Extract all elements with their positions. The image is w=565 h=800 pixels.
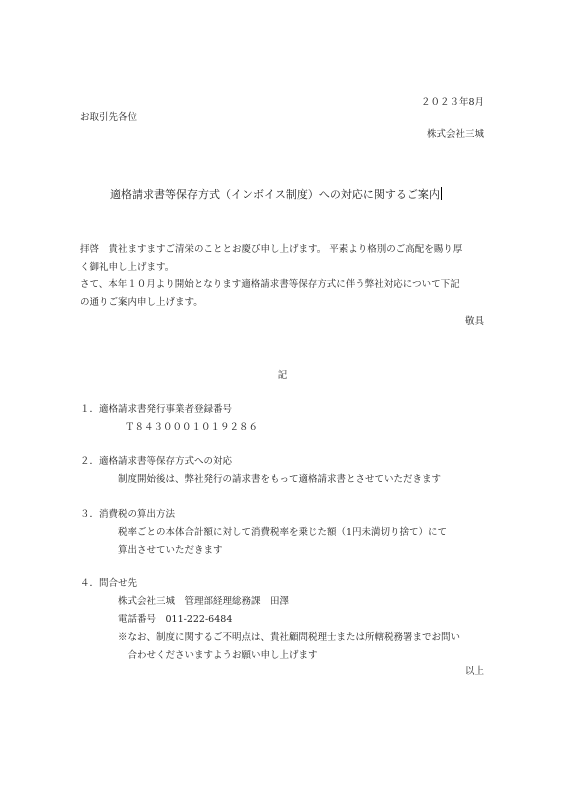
item-4-heading: ４．問合せ先 xyxy=(80,577,137,591)
greeting-line-1: 拝啓 貴社ますますご清栄のこととお慶び申し上げます。 平素より格別のご高配を賜り… xyxy=(80,243,462,257)
item-3-body-2: 算出させていただきます xyxy=(118,544,223,558)
item-3-body-1: 税率ごとの本体合計額に対して消費税率を乗じた額（1円未満切り捨て）にて xyxy=(118,526,447,540)
document-title-text: 適格請求書等保存方式（インボイス制度）への対応に関するご案内 xyxy=(110,188,440,201)
document-title[interactable]: 適格請求書等保存方式（インボイス制度）への対応に関するご案内 xyxy=(110,187,442,201)
greeting-line-4: の通りご案内申し上げます。 xyxy=(80,296,203,310)
text-cursor xyxy=(441,187,442,200)
contact-note-2: 合わせくださいますようお願い申し上げます xyxy=(118,649,318,663)
greeting-line-3: さて、本年１０月より開始となります適格請求書等保存方式に伴う弊社対応について下記 xyxy=(80,278,460,292)
document-page: ２０２３年8月 お取引先各位 株式会社三城 適格請求書等保存方式（インボイス制度… xyxy=(0,0,565,800)
sender-company: 株式会社三城 xyxy=(427,128,484,142)
closing-keigu: 敬具 xyxy=(465,315,484,329)
contact-company: 株式会社三城 管理部経理総務課 田澤 xyxy=(118,595,289,609)
ki-heading: 記 xyxy=(0,369,565,383)
document-date: ２０２３年8月 xyxy=(421,96,484,110)
item-3-heading: ３．消費税の算出方法 xyxy=(80,508,175,522)
registration-number: Ｔ８４３０００１０１９２８６ xyxy=(125,421,258,435)
contact-note-1: ※なお、制度に関するご不明点は、貴社顧問税理士または所轄税務署までお問い xyxy=(118,631,460,645)
greeting-line-2: く御礼申し上げます。 xyxy=(80,261,174,275)
item-1-heading: １．適格請求書発行事業者登録番号 xyxy=(80,403,232,417)
contact-phone: 電話番号 011-222-6484 xyxy=(118,613,232,627)
closing-ijou: 以上 xyxy=(465,665,484,679)
recipient: お取引先各位 xyxy=(80,111,137,125)
item-2-body: 制度開始後は、弊社発行の請求書をもって適格請求書とさせていただきます xyxy=(118,473,441,487)
item-2-heading: ２．適格請求書等保存方式への対応 xyxy=(80,455,232,469)
